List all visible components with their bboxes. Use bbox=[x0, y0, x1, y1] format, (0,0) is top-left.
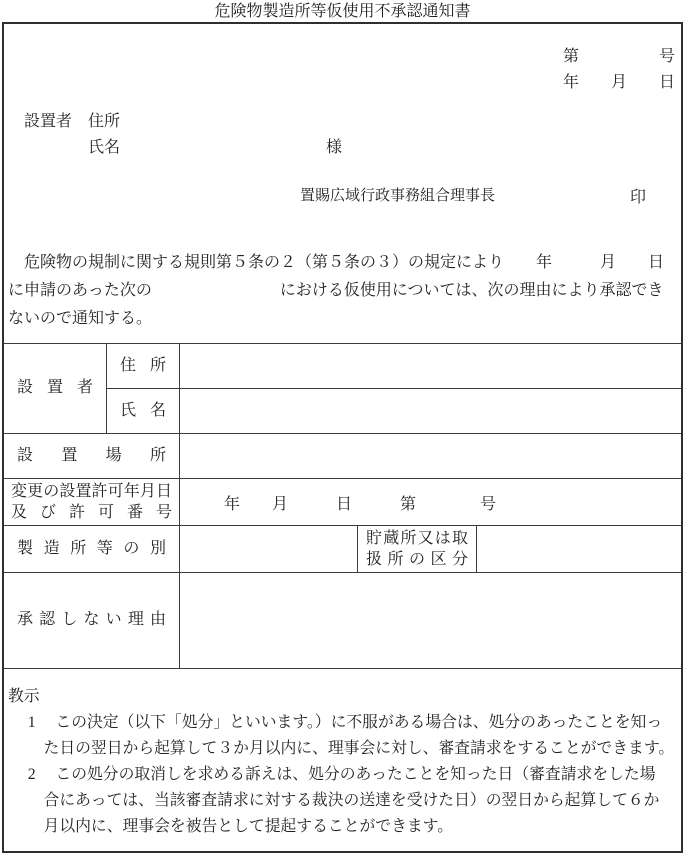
notes-line-5: 月以内に、理事会を被告として提起することができます。 bbox=[8, 814, 677, 840]
doc-date-line: 年 月 日 bbox=[563, 70, 675, 96]
table-row-installer: 設置者 住所 氏名 bbox=[4, 344, 681, 434]
notes-line-3: 2 この処分の取消しを求める訴えは、処分のあったことを知った日（審査請求をした場 bbox=[8, 762, 677, 788]
permit-row-label: 変更の設置許可年月日 及び許可番号 bbox=[4, 479, 180, 525]
document-page: 危険物製造所等仮使用不承認通知書 第 号 年 月 日 設置者 住所 氏名 様 置… bbox=[0, 0, 685, 856]
notes-line-4: 合にあっては、当該審査請求に対する裁決の送達を受けた日）の翌日から起算して６か bbox=[8, 788, 677, 814]
installer-sublabels: 住所 氏名 bbox=[107, 344, 180, 433]
installer-name-label: 氏名 bbox=[107, 389, 179, 433]
details-table: 設置者 住所 氏名 設置場所 変更の設置許可年月日 及び許可番号 bbox=[4, 343, 681, 669]
table-row-location: 設置場所 bbox=[4, 434, 681, 479]
notes-line-2: た日の翌日から起算して３か月以内に、理事会に対し、審査請求をすることができます。 bbox=[8, 736, 677, 762]
body-line-2: に申請のあった次の における仮使用については、次の理由により承認でき bbox=[8, 277, 677, 305]
addressee-name-label: 氏名 bbox=[88, 134, 120, 157]
category-row-label: 製造所等の別 bbox=[4, 526, 180, 572]
issuer-title: 置賜広域行政事務組合理事長 bbox=[300, 184, 495, 205]
table-row-reason: 承認しない理由 bbox=[4, 573, 681, 669]
notes-section: 教示 1 この決定（以下「処分」といいます。）に不服がある場合は、処分のあったこ… bbox=[8, 684, 677, 840]
category-value bbox=[180, 526, 358, 572]
installer-values bbox=[180, 344, 681, 433]
storage-handling-label-line-1: 貯蔵所又は取 bbox=[366, 528, 468, 549]
location-value bbox=[180, 434, 681, 478]
permit-label-line-1: 変更の設置許可年月日 bbox=[11, 481, 172, 502]
storage-handling-label: 貯蔵所又は取 扱所の区分 bbox=[358, 526, 477, 572]
seal-mark: 印 bbox=[630, 184, 646, 207]
notes-heading: 教示 bbox=[8, 684, 677, 710]
body-paragraph: 危険物の規制に関する規則第５条の２（第５条の３）の規定により 年 月 日 に申請… bbox=[8, 249, 677, 333]
doc-number-line: 第 号 bbox=[563, 44, 675, 70]
installer-name-value bbox=[180, 389, 681, 434]
storage-handling-label-line-2: 扱所の区分 bbox=[366, 549, 468, 570]
table-row-category: 製造所等の別 貯蔵所又は取 扱所の区分 bbox=[4, 526, 681, 573]
installer-row-label: 設置者 bbox=[4, 344, 107, 433]
installer-address-label: 住所 bbox=[107, 344, 179, 389]
installer-address-value bbox=[180, 344, 681, 389]
addressee-installer-label: 設置者 bbox=[24, 108, 72, 131]
permit-value: 年 月 日 第 号 bbox=[180, 479, 681, 525]
document-border-box: 第 号 年 月 日 設置者 住所 氏名 様 置賜広域行政事務組合理事長 印 危険… bbox=[2, 22, 683, 853]
permit-label-line-2: 及び許可番号 bbox=[11, 502, 172, 523]
addressee-honorific: 様 bbox=[326, 134, 342, 157]
notes-line-1: 1 この決定（以下「処分」といいます。）に不服がある場合は、処分のあったことを知… bbox=[8, 710, 677, 736]
reason-row-label: 承認しない理由 bbox=[4, 573, 180, 668]
body-line-3: ないので通知する。 bbox=[8, 305, 677, 333]
document-title: 危険物製造所等仮使用不承認通知書 bbox=[0, 1, 685, 23]
addressee-address-label: 住所 bbox=[88, 108, 120, 131]
reason-value bbox=[180, 573, 681, 668]
location-row-label: 設置場所 bbox=[4, 434, 180, 478]
body-line-1: 危険物の規制に関する規則第５条の２（第５条の３）の規定により 年 月 日 bbox=[8, 249, 677, 277]
table-row-permit: 変更の設置許可年月日 及び許可番号 年 月 日 第 号 bbox=[4, 479, 681, 526]
storage-handling-value bbox=[477, 526, 681, 572]
